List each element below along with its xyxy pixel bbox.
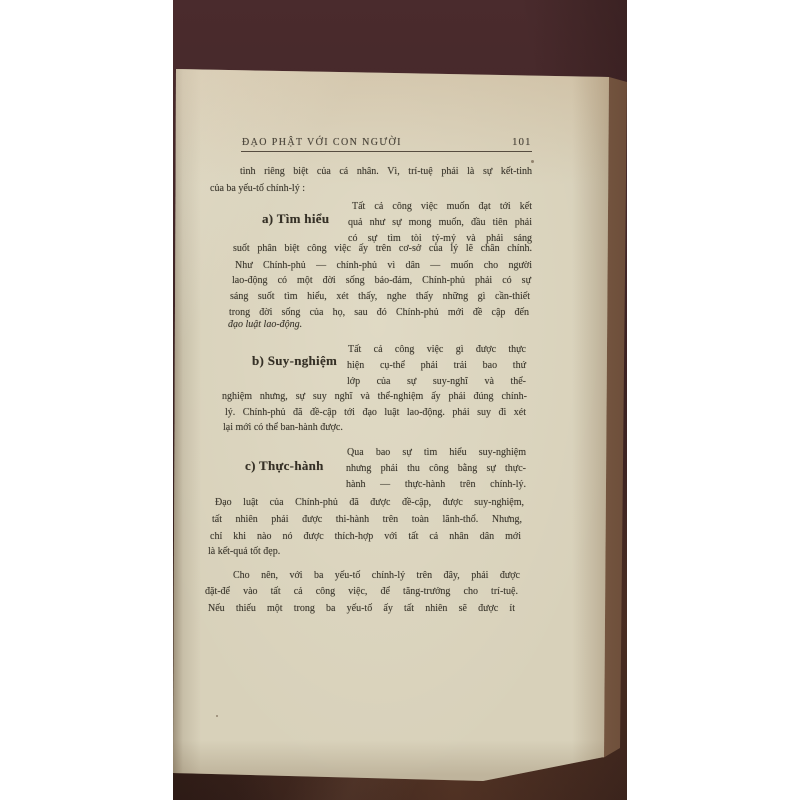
text-line: nghiệm nhưng, sự suy nghĩ và thể-nghiệm … <box>222 389 527 405</box>
text-line: sáng suốt tìm hiểu, xét thấy, nghe thấy … <box>230 289 530 305</box>
running-header: ĐẠO PHẬT VỚI CON NGƯỜI <box>242 136 402 150</box>
text-line: hiện cụ-thể phải trải bao thứ <box>347 358 526 374</box>
text-line: chỉ khi nào nó được thích-hợp với tất cả… <box>210 529 521 545</box>
section-label: b) Suy-nghiệm <box>252 352 337 370</box>
text-line: lớp của sự suy-nghĩ và thể- <box>347 374 526 390</box>
text-line: Đạo luật của Chính-phủ đã được đề-cập, đ… <box>215 495 524 511</box>
text-line: Cho nên, với ba yếu-tố chính-lý trên đây… <box>233 568 520 584</box>
text-line: Tất cả công việc muốn đạt tới kết <box>352 199 532 215</box>
text-line: lại mới có thể ban-hành được. <box>223 420 343 436</box>
text-line: hành — thực-hành trên chính-lý. <box>346 477 526 493</box>
section-label: c) Thực-hành <box>245 457 324 475</box>
text-line: của ba yếu-tố chính-lý : <box>210 181 305 197</box>
text-line: là kết-quả tốt đẹp. <box>208 544 280 560</box>
text-line: suốt phân biệt công việc ấy trên cơ-sở c… <box>233 241 532 257</box>
text-line: quả như sự mong muốn, đầu tiên phải <box>348 215 532 231</box>
text-line: Tất cả công việc gì được thực <box>348 342 526 358</box>
header-rule <box>241 151 532 152</box>
text-line: tình riêng biệt của cá nhân. Vì, trí-tuệ… <box>240 164 532 180</box>
text-line: lý. Chính-phủ đã đề-cập tới đạo luật lao… <box>225 405 526 421</box>
text-line: lao-động có một đời sống bảo-đảm, Chính-… <box>232 273 531 289</box>
text-line: Nếu thiếu một trong ba yếu-tố ấy tất nhi… <box>208 601 515 617</box>
page-number: 101 <box>512 135 532 149</box>
page-text-layer: ĐẠO PHẬT VỚI CON NGƯỜI 101 tình riêng bi… <box>0 0 800 800</box>
text-line: Như Chính-phủ — chính-phủ vì dân — muốn … <box>235 258 532 274</box>
screenshot-canvas: ĐẠO PHẬT VỚI CON NGƯỜI 101 tình riêng bi… <box>0 0 800 800</box>
text-line: đặt-để vào tất cả công việc, để tăng-trư… <box>205 584 518 600</box>
text-line: tất nhiên phải được thi-hành trên toàn l… <box>212 512 522 528</box>
text-line: nhưng phải thu công bằng sự thực- <box>346 461 526 477</box>
text-line: đạo luật lao-động. <box>228 317 302 333</box>
text-line: Qua bao sự tìm hiểu suy-nghiệm <box>347 445 526 461</box>
section-label: a) Tìm hiểu <box>262 210 329 228</box>
